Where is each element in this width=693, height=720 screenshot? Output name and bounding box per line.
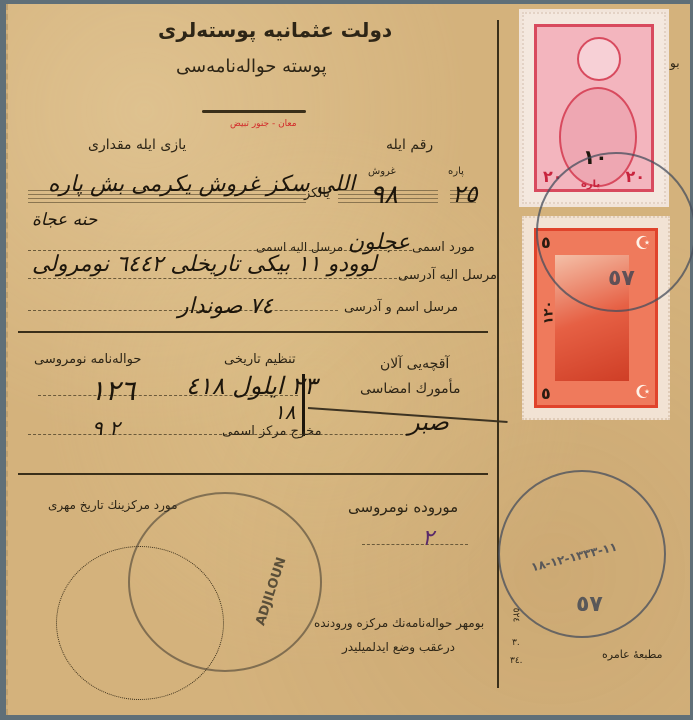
kurush-column-label: غروش [368,166,396,177]
place-label: مورد اسمی [412,240,475,255]
date-label: تنظیم تاریخی [224,352,296,367]
recipient-address-handwritten: لوودو ١١ بیکی تاریخلی ٦٤٤٢ نومرولی [32,252,377,277]
tughra-emblem-icon [577,37,621,81]
header-line1: دولت عثمانیه پوسته‌لری [158,18,392,42]
note-handwritten: حنه عجاة [32,210,97,230]
corner-letter: بو [670,56,680,70]
office-dotted-line [28,434,408,435]
header-line2: پوسته حواله‌نامه‌سی [176,56,327,77]
section-divider-2 [18,473,488,475]
officer-signature-label: مأمورك امضاسی [360,381,460,397]
printer-imprint: مطبعهٔ عامره [602,648,663,661]
arrival-number-dotted-line [362,544,468,545]
header-ornament [202,110,306,113]
amount-figures-label: رقم ایله [386,137,433,153]
received-label: آقچه‌یی آلان [380,356,449,372]
amount-words-handwritten: اللی سکز غروش یکرمی بش پاره [48,172,355,197]
para-column-label: پاره [448,166,464,177]
side-code-3: ٣٤. [510,656,523,666]
kurush-value: ٩٨ [370,180,398,210]
crescent-star-icon: ☪ [635,382,651,403]
money-order-card: دولت عثمانیه پوسته‌لری پوسته حواله‌نامه‌… [6,4,690,715]
order-number-handwritten: ١٢٦ [90,374,135,407]
year-handwritten: ١٨ [274,400,295,424]
right-column-divider [497,20,499,688]
section-divider-1 [18,331,488,333]
para-value: ٢٥ [452,180,478,208]
sender-label: مرسل اسم و آدرسی [344,300,458,315]
stamp2-surcharge-bottom: ٥ [541,384,551,403]
sender-handwritten: ٧٤ صوندار [178,294,273,319]
signature-handwritten: صبر [408,408,449,436]
date-handwritten: ٢٣ ایلول ٤١٨ [186,372,317,400]
side-code-2: ٣. [512,638,520,648]
arrival-number-handwritten: ٢ [422,526,434,551]
cancel-over-stamps-number: ٥٧ [608,266,635,291]
footer-note-line2: درعقب وضع ایدلمیلیدر [342,640,455,654]
cancel-arrival-number: ٥٧ [576,592,603,617]
printer-note-red: معان - جنور تبیض [230,119,297,129]
stamp2-surcharge-mid: ١٢٠ [541,301,556,325]
footer-note-line1: بومهر حواله‌نامه‌نك مرکزە ورودنده [314,616,484,630]
arrival-stamp-label: مورد مرکزینك تاریخ مهری [48,498,178,512]
recipient-address-dotted-line [28,278,412,279]
serial-handwritten: ٢ ٩ [92,416,120,440]
amount-words-label: یازی ایله مقداری [88,137,186,153]
cancel-adjiloun [128,492,322,672]
arrival-number-label: مورودە نومروسی [348,498,458,516]
order-number-label: حواله‌نامه نومروسی [34,352,141,367]
recipient-address-label: مرسل الیه آدرسی [398,268,497,283]
office-name-label: مخرج مرکز اسمی [222,424,322,439]
